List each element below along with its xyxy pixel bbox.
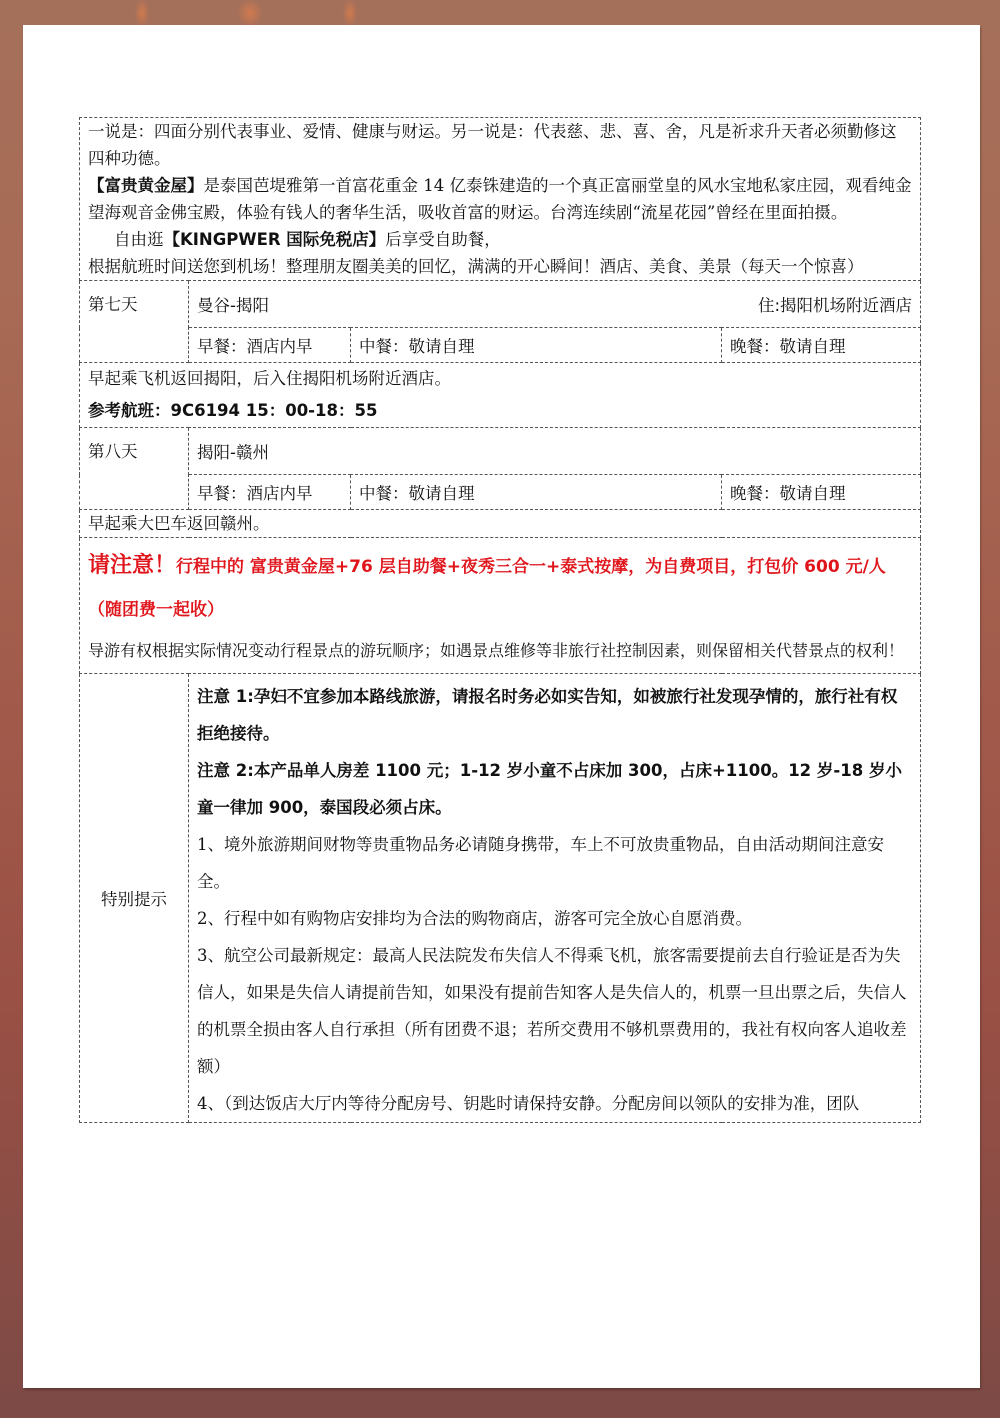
tip-note-2: 注意 2:本产品单人房差 1100 元；1-12 岁小童不占床加 300，占床+… xyxy=(197,752,912,826)
golden-house-title: 【富贵黄金屋】 xyxy=(88,176,204,195)
shopping-suffix: 后享受自助餐， xyxy=(385,230,501,249)
tip-item-1: 1、境外旅游期间财物等贵重物品务必请随身携带，车上不可放贵重物品，自由活动期间注… xyxy=(197,826,912,900)
day-8-label: 第八天 xyxy=(80,428,189,510)
day-7-header-row: 第七天 曼谷-揭阳 住:揭阳机场附近酒店 xyxy=(80,281,921,328)
day-8-breakfast: 早餐：酒店内早 xyxy=(189,475,351,510)
tip-note-1: 注意 1:孕妇不宜参加本路线旅游，请报名时务必如实告知，如被旅行社发现孕情的，旅… xyxy=(197,678,912,752)
day-7-flight: 参考航班：9C6194 15：00-18：55 xyxy=(88,395,912,427)
day-8-lunch: 中餐：敬请自理 xyxy=(351,475,722,510)
day-7-description: 早起乘飞机返回揭阳，后入住揭阳机场附近酒店。 xyxy=(88,363,912,395)
day-7-label: 第七天 xyxy=(80,281,189,363)
notice-paragraph: 请注意！行程中的 富贵黄金屋+76 层自助餐+夜秀三合一+泰式按摩，为自费项目，… xyxy=(88,544,912,632)
notice-heading: 请注意！ xyxy=(88,553,176,578)
special-tips-label: 特别提示 xyxy=(80,674,189,1123)
day-7-dinner: 晚餐：敬请自理 xyxy=(722,328,921,363)
special-tips-row: 特别提示 注意 1:孕妇不宜参加本路线旅游，请报名时务必如实告知，如被旅行社发现… xyxy=(80,674,921,1123)
shopping-paragraph: 自由逛【KINGPWER 国际免税店】后享受自助餐， xyxy=(88,226,912,253)
day-8-desc-cell: 早起乘大巴车返回赣州。 xyxy=(80,510,921,538)
background-ornament xyxy=(343,0,357,26)
tip-item-4: 4、（到达饭店大厅内等待分配房号、钥匙时请保持安静。分配房间以领队的安排为准，团… xyxy=(197,1085,912,1122)
day-8-dinner: 晚餐：敬请自理 xyxy=(722,475,921,510)
day-7-route: 曼谷-揭阳 xyxy=(197,292,269,316)
day-8-route: 揭阳-赣州 xyxy=(197,439,269,463)
tip-item-3: 3、航空公司最新规定：最高人民法院发布失信人不得乘飞机，旅客需要提前去自行验证是… xyxy=(197,937,912,1085)
special-tips-content: 注意 1:孕妇不宜参加本路线旅游，请报名时务必如实告知，如被旅行社发现孕情的，旅… xyxy=(189,674,921,1123)
day-8-description: 早起乘大巴车返回赣州。 xyxy=(88,510,912,537)
shopping-title: 【KINGPWER 国际免税店】 xyxy=(164,230,386,249)
notice-cell: 请注意！行程中的 富贵黄金屋+76 层自助餐+夜秀三合一+泰式按摩，为自费项目，… xyxy=(80,538,921,674)
intro-row: 一说是：四面分别代表事业、爱情、健康与财运。另一说是：代表慈、悲、喜、舍，凡是祈… xyxy=(80,118,921,281)
background-ornament xyxy=(238,0,262,26)
background-ornament xyxy=(135,0,149,26)
intro-text: 一说是：四面分别代表事业、爱情、健康与财运。另一说是：代表慈、悲、喜、舍，凡是祈… xyxy=(88,118,912,172)
guide-text: 导游有权根据实际情况变动行程景点的游玩顺序；如遇景点维修等非旅行社控制因素，则保… xyxy=(88,632,912,669)
day-7-lunch: 中餐：敬请自理 xyxy=(351,328,722,363)
shopping-prefix: 自由逛 xyxy=(114,230,164,249)
day-8-meals-row: 早餐：酒店内早 中餐：敬请自理 晚餐：敬请自理 xyxy=(80,475,921,510)
day-8-header-row: 第八天 揭阳-赣州 xyxy=(80,428,921,475)
day-8-route-cell: 揭阳-赣州 xyxy=(189,428,921,475)
notice-row: 请注意！行程中的 富贵黄金屋+76 层自助餐+夜秀三合一+泰式按摩，为自费项目，… xyxy=(80,538,921,674)
day-7-hotel: 住:揭阳机场附近酒店 xyxy=(758,292,912,316)
notice-text: 行程中的 富贵黄金屋+76 层自助餐+夜秀三合一+泰式按摩，为自费项目，打包价 … xyxy=(88,557,886,620)
tip-item-2: 2、行程中如有购物店安排均为合法的购物商店，游客可完全放心自愿消费。 xyxy=(197,900,912,937)
itinerary-table: 一说是：四面分别代表事业、爱情、健康与财运。另一说是：代表慈、悲、喜、舍，凡是祈… xyxy=(79,117,921,1123)
day-8-desc-row: 早起乘大巴车返回赣州。 xyxy=(80,510,921,538)
day-7-route-cell: 曼谷-揭阳 住:揭阳机场附近酒店 xyxy=(189,281,921,328)
day-7-desc-cell: 早起乘飞机返回揭阳，后入住揭阳机场附近酒店。 参考航班：9C6194 15：00… xyxy=(80,363,921,428)
day-7-meals-row: 早餐：酒店内早 中餐：敬请自理 晚餐：敬请自理 xyxy=(80,328,921,363)
day-7-desc-row: 早起乘飞机返回揭阳，后入住揭阳机场附近酒店。 参考航班：9C6194 15：00… xyxy=(80,363,921,428)
golden-house-text: 是泰国芭堤雅第一首富花重金 14 亿泰铢建造的一个真正富丽堂皇的风水宝地私家庄园… xyxy=(88,176,912,222)
golden-house-paragraph: 【富贵黄金屋】是泰国芭堤雅第一首富花重金 14 亿泰铢建造的一个真正富丽堂皇的风… xyxy=(88,172,912,226)
day-7-breakfast: 早餐：酒店内早 xyxy=(189,328,351,363)
intro-cell: 一说是：四面分别代表事业、爱情、健康与财运。另一说是：代表慈、悲、喜、舍，凡是祈… xyxy=(80,118,921,281)
closing-text: 根据航班时间送您到机场！整理朋友圈美美的回忆，满满的开心瞬间！酒店、美食、美景（… xyxy=(88,253,912,280)
